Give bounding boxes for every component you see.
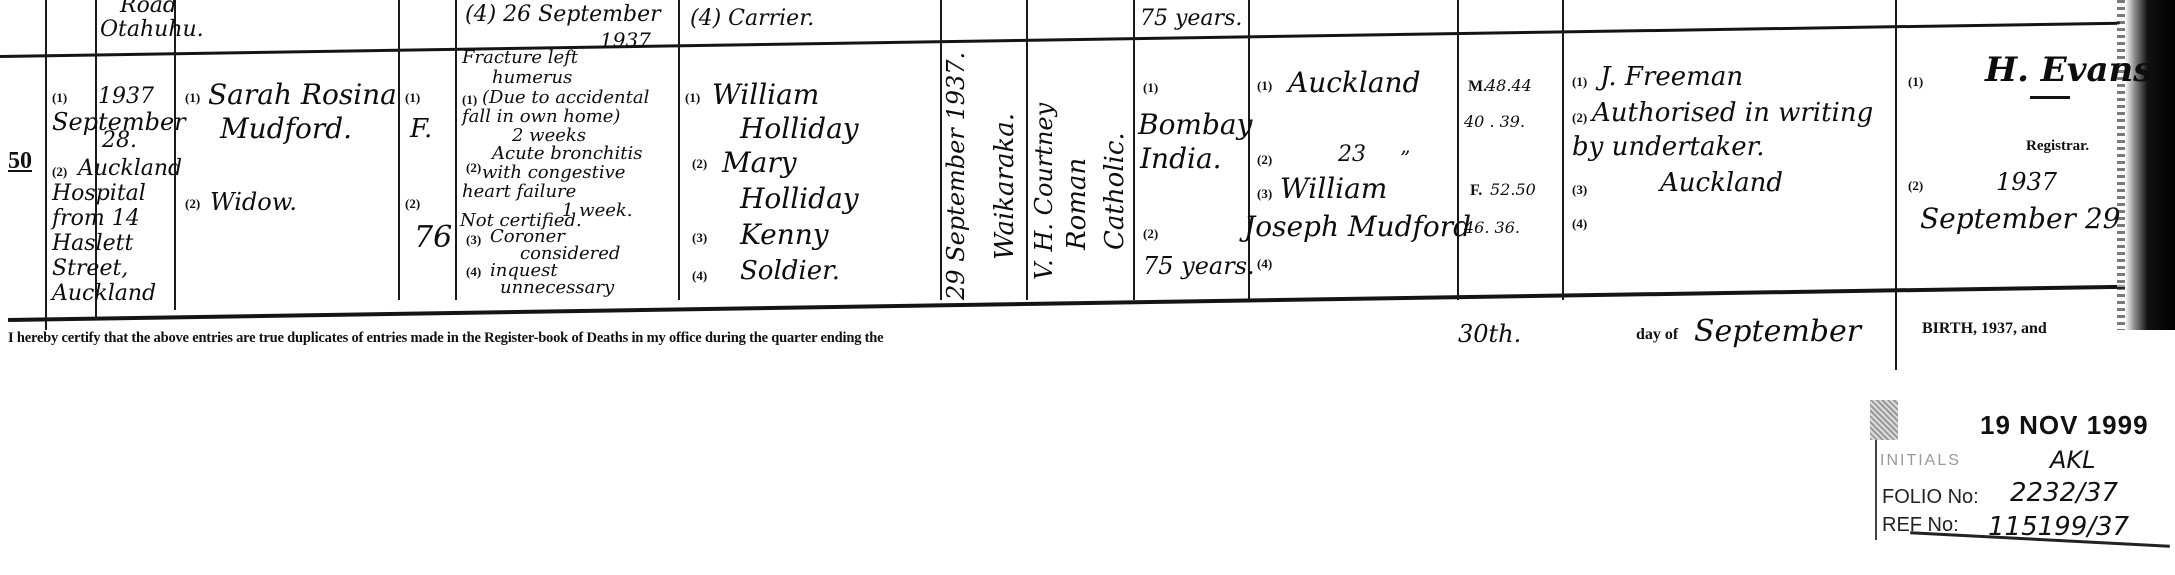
burial-place: Waikaraka. (990, 113, 1020, 260)
column-divider (1562, 0, 1564, 300)
male-ages-row-2: 40 . 39. (1464, 112, 1525, 131)
field-label: (3) (1257, 186, 1272, 202)
column-divider (455, 0, 457, 300)
text-line: Auckland (52, 281, 182, 306)
field-label: (1) (1257, 78, 1272, 94)
age-at-marriage: 23 (1338, 142, 1366, 167)
father-occupation: Soldier. (740, 256, 840, 286)
field-label: (2) (1908, 178, 1923, 194)
field-label: (1) (52, 90, 67, 106)
cause-preamble: Fracture left humerus (462, 48, 578, 88)
field-label: (2) (1257, 152, 1272, 168)
registration-year: 1937 (1996, 168, 2057, 196)
field-label: (1) (405, 90, 420, 106)
column-divider (398, 0, 400, 300)
column-divider (45, 0, 47, 330)
header-rule (0, 22, 2120, 58)
column-divider (1133, 0, 1135, 300)
informant-capacity-2: by undertaker. (1572, 132, 1764, 162)
registration-date: September 29 (1920, 202, 2120, 235)
text-line: Road (100, 0, 204, 18)
signature-underline (2030, 96, 2070, 99)
text-line: (Due to accidental (482, 88, 649, 107)
column-divider (1457, 0, 1459, 300)
field-label: (4) (1257, 256, 1272, 272)
field-label: (3) (1572, 182, 1587, 198)
text-line: Otahuhu. (100, 18, 204, 42)
marriage-place: Auckland (1288, 66, 1421, 99)
father-first-name: William (712, 78, 819, 111)
death-day: 28. (102, 128, 137, 153)
previous-residence: Road Otahuhu. (100, 0, 204, 42)
field-label: (2) (466, 160, 481, 176)
text-line: Acute bronchitis (482, 144, 643, 163)
age-at-marriage-ditto: ” (1400, 146, 1410, 170)
initials-label: INITIALS (1880, 452, 1961, 470)
mother-surname: Holliday (740, 182, 859, 215)
female-ages-row-2: 46. 36. (1464, 218, 1520, 237)
field-label: (1) (1908, 74, 1923, 90)
informant-name: J. Freeman (1600, 62, 1743, 92)
text-line: Fracture left (462, 48, 578, 68)
entry-number: 50 (8, 148, 32, 175)
folio-label: FOLIO No: (1882, 486, 1979, 509)
text-line: from 14 (52, 206, 182, 231)
coroner-note: Coroner considered inquest unnecessary (490, 228, 620, 296)
text-line: Auckland (52, 156, 182, 181)
certification-text: I hereby certify that the above entries … (8, 330, 883, 347)
previous-cause-year: 1937 (600, 28, 651, 52)
death-place: Auckland Hospital from 14 Haslett Street… (52, 156, 182, 306)
field-label: (1) (685, 90, 700, 106)
primary-cause: (Due to accidental fall in own home) 2 w… (482, 88, 649, 145)
deceased-name: Sarah Rosina (208, 78, 397, 111)
field-label: (2) (1143, 226, 1158, 242)
text-line: fall in own home) (462, 107, 649, 126)
field-label: (3) (692, 230, 707, 246)
field-label: (2) (692, 156, 707, 172)
field-label: (2) (185, 196, 200, 212)
initials-value: AKL (2050, 446, 2096, 474)
column-divider (1026, 0, 1028, 300)
spouse-full-name: Joseph Mudford (1244, 210, 1471, 243)
text-line: humerus (462, 68, 578, 88)
female-label: F. (1470, 182, 1482, 200)
registrar-title: Registrar. (2026, 138, 2089, 155)
quarter-year: BIRTH, 1937, and (1922, 320, 2047, 338)
religion-line-1: Roman (1062, 158, 1092, 250)
field-label: (2) (405, 196, 420, 212)
previous-cause-date: (4) 26 September (465, 2, 661, 27)
day-of-label: day of (1636, 326, 1678, 344)
deceased-surname: Mudford. (220, 112, 352, 145)
field-label: (2) (1572, 110, 1587, 126)
column-divider (678, 0, 680, 300)
birthplace-country: India. (1140, 142, 1222, 175)
previous-occupation: (4) Carrier. (690, 6, 814, 31)
receipt-stamp: 19 NOV 1999 INITIALS AKL FOLIO No: 2232/… (1870, 400, 2170, 560)
text-line: Hospital (52, 181, 182, 206)
father-extra-name: Kenny (740, 218, 829, 251)
father-surname: Holliday (740, 112, 859, 145)
stamp-border (1875, 440, 1877, 540)
stamp-date: 19 NOV 1999 (1980, 410, 2149, 441)
secondary-cause: Acute bronchitis with congestive heart f… (482, 144, 643, 220)
field-label: (4) (466, 264, 481, 280)
text-line: heart failure (462, 182, 643, 201)
death-year: 1937 (98, 84, 154, 109)
column-divider (1895, 0, 1897, 370)
text-line: unnecessary (490, 279, 620, 296)
religion-line-2: Catholic. (1100, 132, 1130, 250)
spouse-first-name: William (1280, 172, 1387, 205)
field-label: (1) (185, 90, 200, 106)
field-label: (1) (1572, 74, 1587, 90)
previous-age: 75 years. (1140, 6, 1242, 31)
age-value: 76 (414, 220, 452, 255)
deceased-occupation: Widow. (210, 188, 297, 216)
years-in-country: 75 years. (1143, 252, 1255, 280)
informant-residence: Auckland (1660, 168, 1783, 198)
field-label: (4) (1572, 216, 1587, 232)
birthplace-city: Bombay (1138, 108, 1252, 141)
text-line: with congestive (482, 163, 643, 182)
male-label: M. (1468, 78, 1487, 96)
stamp-mark (1870, 400, 1898, 440)
sex-value: F. (410, 114, 432, 144)
field-label: (1) (1143, 80, 1158, 96)
burial-date: 29 September 1937. (942, 52, 970, 300)
field-label: (3) (466, 232, 481, 248)
text-line: Haslett (52, 231, 182, 256)
female-ages-row-1: 52.50 (1490, 180, 1536, 199)
folio-value: 2232/37 (2010, 478, 2118, 508)
registrar-signature: H. Evans (1985, 50, 2152, 90)
male-ages-row-1: 48.44 (1486, 76, 1532, 95)
field-label: (4) (692, 268, 707, 284)
minister-name: V. H. Courtney (1030, 103, 1058, 280)
mother-first-name: Mary (722, 146, 797, 179)
text-line: Street, (52, 256, 182, 281)
quarter-day: 30th. (1458, 320, 1521, 348)
informant-capacity-1: Authorised in writing (1592, 98, 1873, 128)
quarter-month: September (1694, 314, 1861, 349)
